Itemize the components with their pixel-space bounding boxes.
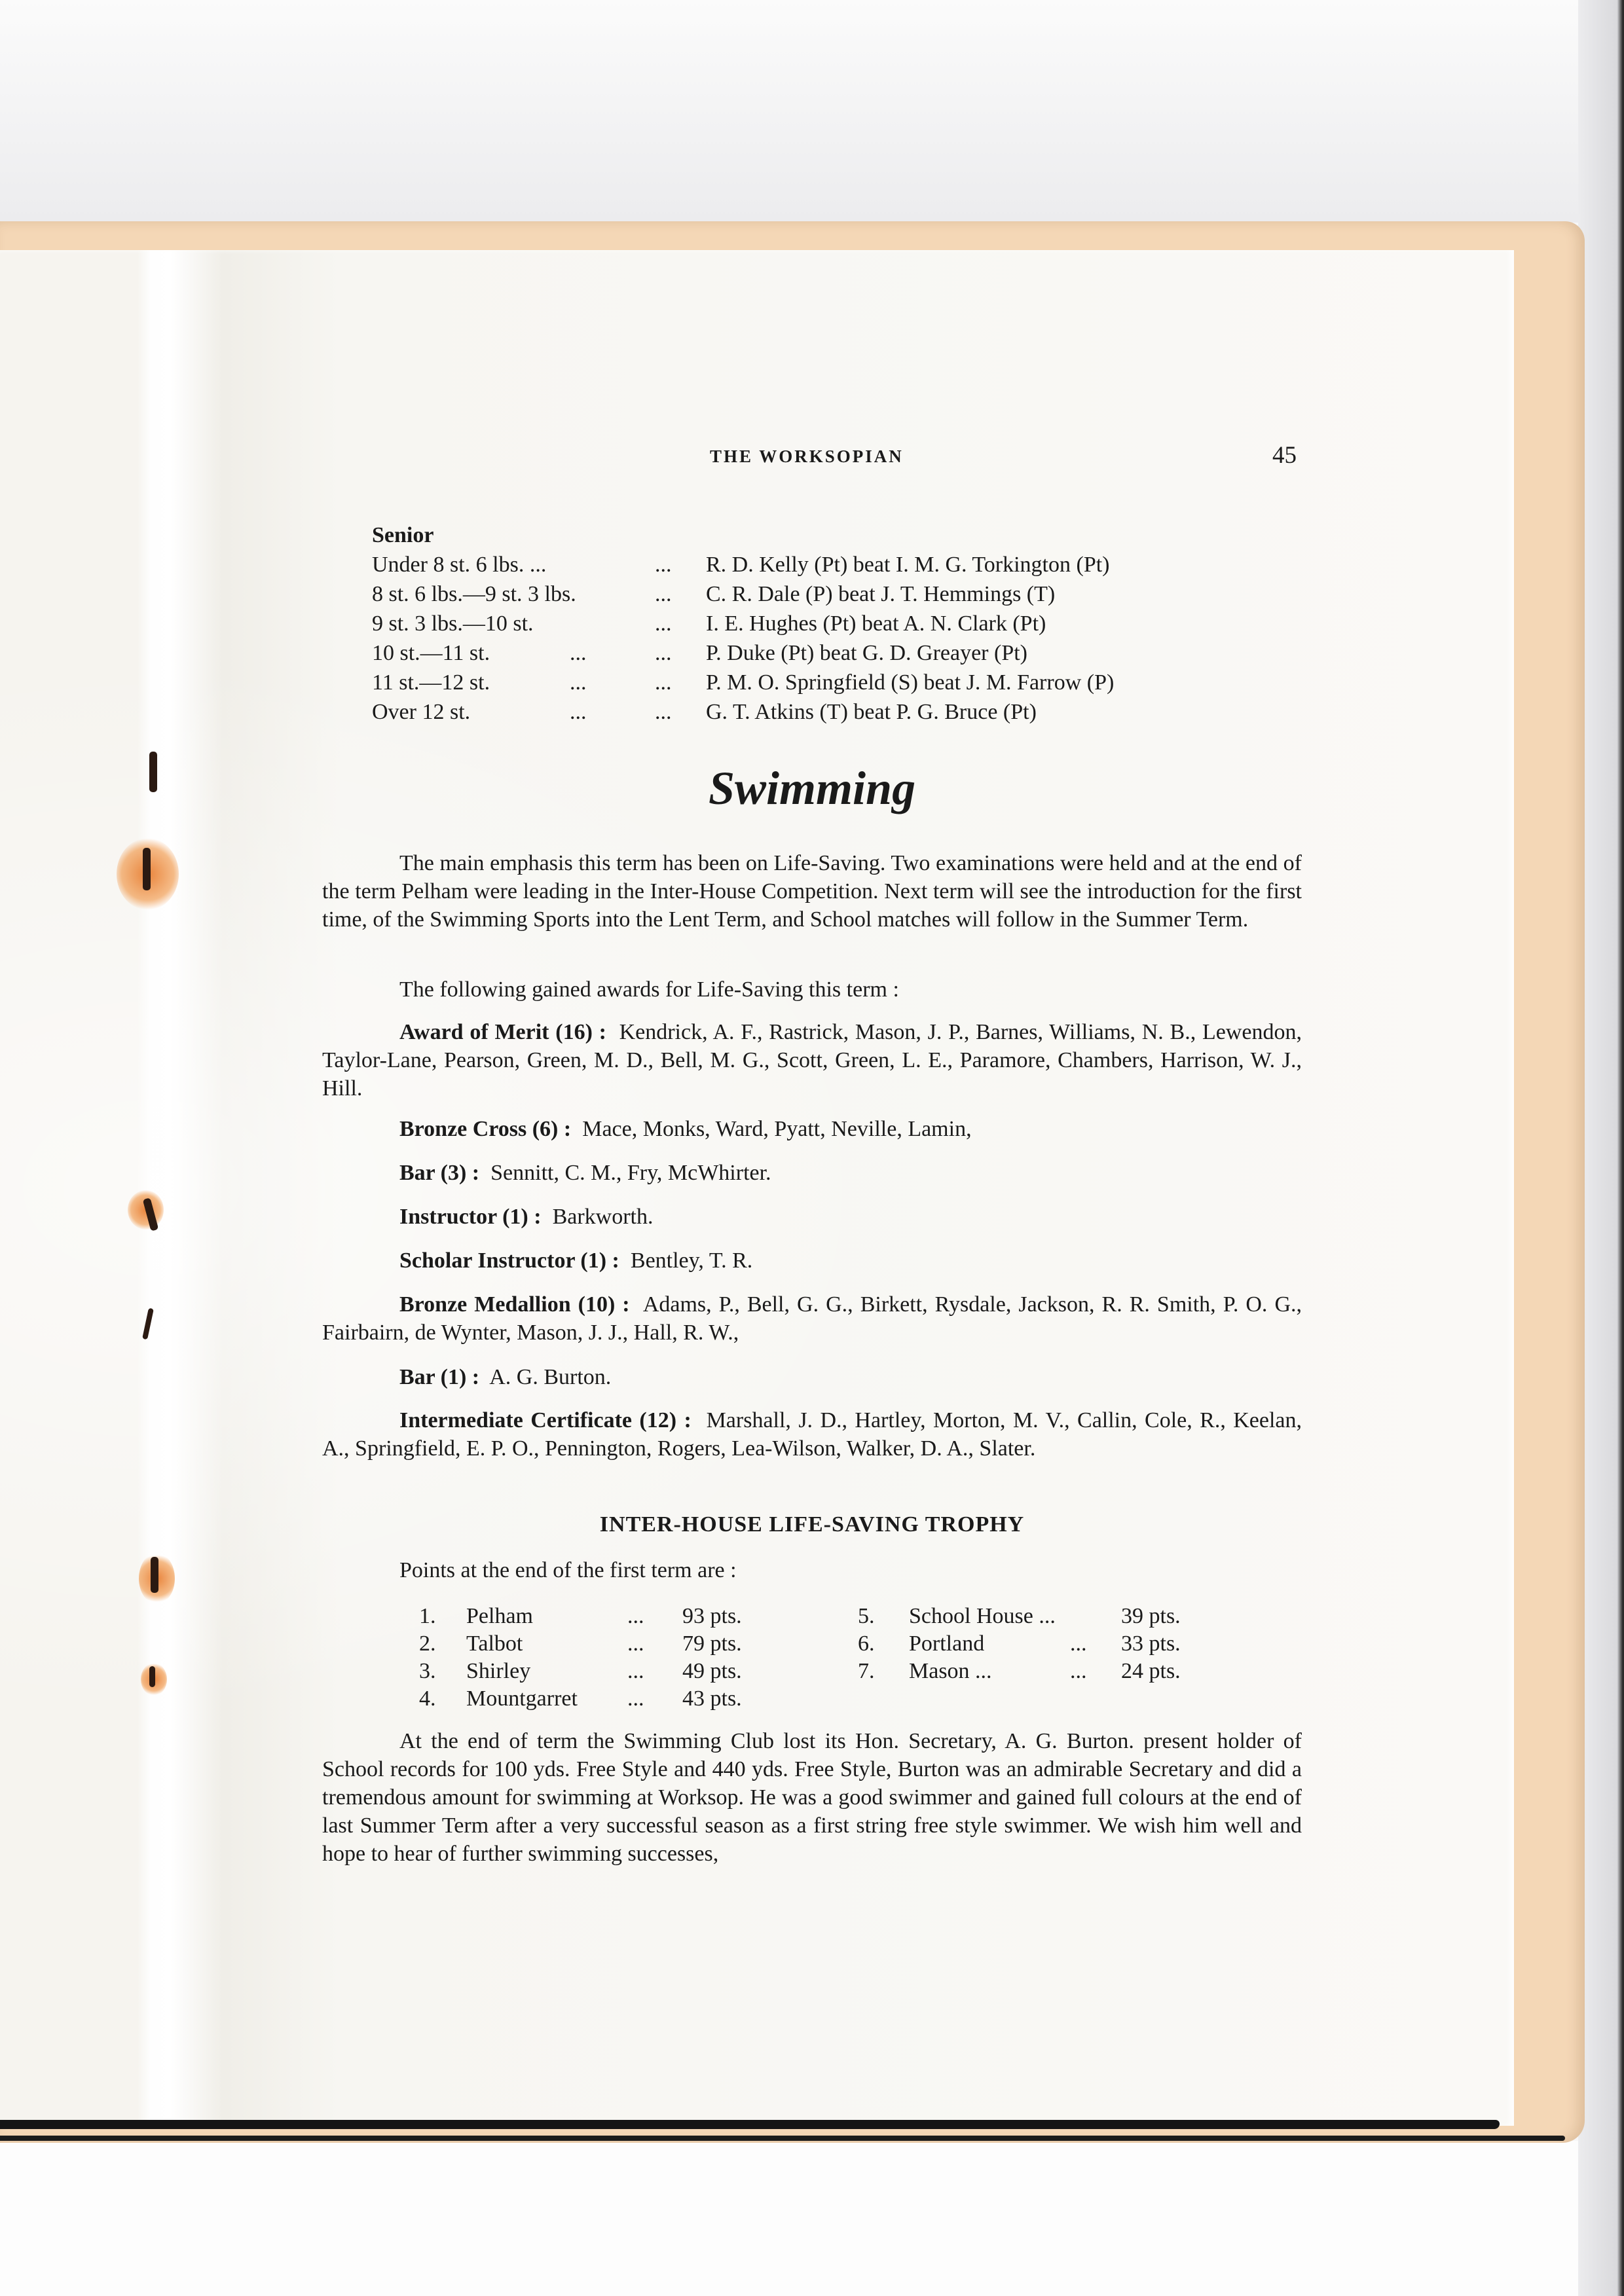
house-points: 24 pts. <box>1121 1658 1181 1685</box>
closing-paragraph: At the end of term the Swimming Club los… <box>322 1727 1302 1868</box>
leader-dots: ... <box>655 638 672 668</box>
result-row: 8 st. 6 lbs.—9 st. 3 lbs. ... C. R. Dale… <box>372 579 434 609</box>
cover-edge-shadow <box>0 2136 1565 2141</box>
award-entry: Intermediate Certificate (12) : Marshall… <box>322 1406 1302 1463</box>
rank: 3. <box>419 1658 436 1685</box>
house-name: Talbot <box>466 1630 523 1658</box>
standing-row: 5. School House ... 39 pts. <box>858 1603 1290 1630</box>
house-points: 43 pts. <box>682 1685 742 1713</box>
staple-mark <box>149 1666 155 1687</box>
bout-result: G. T. Atkins (T) beat P. G. Bruce (Pt) <box>706 697 1037 727</box>
weight-class: 9 st. 3 lbs.—10 st. <box>372 609 534 638</box>
page-edge-shadow <box>0 2120 1500 2129</box>
rank: 4. <box>419 1685 436 1713</box>
award-entry: Bronze Medallion (10) : Adams, P., Bell,… <box>322 1290 1302 1347</box>
rank: 2. <box>419 1630 436 1658</box>
house-points: 93 pts. <box>682 1603 742 1630</box>
staple-mark <box>151 1557 158 1593</box>
award-names: Bentley, T. R. <box>631 1248 752 1273</box>
standing-row: 2. Talbot ... 79 pts. <box>419 1630 838 1658</box>
rank: 1. <box>419 1603 436 1630</box>
leader-dots: ... <box>627 1685 644 1713</box>
award-entry: Bar (1) : A. G. Burton. <box>322 1363 1302 1391</box>
house-name: Mason ... <box>909 1658 992 1685</box>
standing-row: 4. Mountgarret ... 43 pts. <box>419 1685 838 1713</box>
page-number: 45 <box>1272 441 1297 469</box>
leader-dots: ... <box>655 609 672 638</box>
bout-result: C. R. Dale (P) beat J. T. Hemmings (T) <box>706 579 1055 609</box>
result-row: 10 st.—11 st. ... ... P. Duke (Pt) beat … <box>372 638 434 668</box>
bout-result: P. M. O. Springfield (S) beat J. M. Farr… <box>706 668 1114 697</box>
leader-dots: ... <box>1070 1658 1087 1685</box>
weight-class: 11 st.—12 st. <box>372 668 490 697</box>
standing-row: 7. Mason ... ... 24 pts. <box>858 1658 1290 1685</box>
leader-dots: ... <box>570 638 587 668</box>
intro-paragraph: The main emphasis this term has been on … <box>322 849 1302 934</box>
rank: 6. <box>858 1630 875 1658</box>
house-points: 33 pts. <box>1121 1630 1181 1658</box>
award-names: Sennitt, C. M., Fry, McWhirter. <box>490 1161 771 1185</box>
award-entry: Bar (3) : Sennitt, C. M., Fry, McWhirter… <box>322 1159 1302 1187</box>
leader-dots: ... <box>627 1658 644 1685</box>
points-intro: Points at the end of the first term are … <box>399 1558 737 1583</box>
staple-mark <box>143 848 151 890</box>
house-name: Shirley <box>466 1658 530 1685</box>
award-entry: Award of Merit (16) : Kendrick, A. F., R… <box>322 1018 1302 1102</box>
bout-result: P. Duke (Pt) beat G. D. Greayer (Pt) <box>706 638 1027 668</box>
weight-class: Over 12 st. <box>372 697 470 727</box>
rank: 7. <box>858 1658 875 1685</box>
running-header: THE WORKSOPIAN 45 <box>327 445 1297 471</box>
leader-dots: ... <box>627 1630 644 1658</box>
trophy-heading: INTER-HOUSE LIFE-SAVING TROPHY <box>0 1512 1624 1537</box>
result-row: Over 12 st. ... ... G. T. Atkins (T) bea… <box>372 697 434 727</box>
bout-result: I. E. Hughes (Pt) beat A. N. Clark (Pt) <box>706 609 1046 638</box>
house-points: 39 pts. <box>1121 1603 1181 1630</box>
leader-dots: ... <box>1070 1630 1087 1658</box>
standing-row: 1. Pelham ... 93 pts. <box>419 1603 838 1630</box>
award-label: Instructor (1) : <box>399 1205 542 1229</box>
weight-class: Under 8 st. 6 lbs. ... <box>372 550 546 579</box>
rank: 5. <box>858 1603 875 1630</box>
awards-intro-text: The following gained awards for Life-Sav… <box>322 975 1302 1004</box>
standing-row: 6. Portland ... 33 pts. <box>858 1630 1290 1658</box>
award-label: Bronze Medallion (10) : <box>399 1292 630 1317</box>
award-names: Barkworth. <box>553 1205 654 1229</box>
award-label: Bar (1) : <box>399 1365 479 1389</box>
senior-heading: Senior <box>372 520 434 550</box>
standing-row: 3. Shirley ... 49 pts. <box>419 1658 838 1685</box>
leader-dots: ... <box>570 668 587 697</box>
section-title: Swimming <box>0 761 1624 816</box>
scanner-edge <box>1578 0 1624 2296</box>
award-label: Intermediate Certificate (12) : <box>399 1408 692 1432</box>
standings-column-left: 1. Pelham ... 93 pts. 2. Talbot ... 79 p… <box>419 1603 838 1713</box>
leader-dots: ... <box>570 697 587 727</box>
scanner-background-bottom <box>0 2141 1624 2296</box>
house-name: Pelham <box>466 1603 533 1630</box>
intro-text: The main emphasis this term has been on … <box>322 849 1302 934</box>
senior-results: Senior Under 8 st. 6 lbs. ... ... R. D. … <box>372 520 434 727</box>
result-row: 9 st. 3 lbs.—10 st. ... I. E. Hughes (Pt… <box>372 609 434 638</box>
scanner-background-top <box>0 0 1624 223</box>
award-entry: Instructor (1) : Barkworth. <box>322 1203 1302 1231</box>
house-points: 49 pts. <box>682 1658 742 1685</box>
leader-dots: ... <box>655 579 672 609</box>
house-name: School House ... <box>909 1603 1056 1630</box>
leader-dots: ... <box>655 550 672 579</box>
award-entry: Scholar Instructor (1) : Bentley, T. R. <box>322 1247 1302 1275</box>
award-entry: Bronze Cross (6) : Mace, Monks, Ward, Py… <box>322 1115 1302 1143</box>
closing-text: At the end of term the Swimming Club los… <box>322 1727 1302 1868</box>
award-label: Bronze Cross (6) : <box>399 1117 571 1141</box>
leader-dots: ... <box>655 697 672 727</box>
result-row: 11 st.—12 st. ... ... P. M. O. Springfie… <box>372 668 434 697</box>
bout-result: R. D. Kelly (Pt) beat I. M. G. Torkingto… <box>706 550 1110 579</box>
house-name: Portland <box>909 1630 984 1658</box>
awards-intro: The following gained awards for Life-Sav… <box>322 975 1302 1004</box>
award-label: Award of Merit (16) : <box>399 1020 606 1044</box>
result-row: Under 8 st. 6 lbs. ... ... R. D. Kelly (… <box>372 550 434 579</box>
running-title: THE WORKSOPIAN <box>710 446 904 467</box>
weight-class: 8 st. 6 lbs.—9 st. 3 lbs. <box>372 579 576 609</box>
standings-column-right: 5. School House ... 39 pts. 6. Portland … <box>858 1603 1290 1685</box>
leader-dots: ... <box>627 1603 644 1630</box>
house-name: Mountgarret <box>466 1685 578 1713</box>
house-points: 79 pts. <box>682 1630 742 1658</box>
leader-dots: ... <box>655 668 672 697</box>
weight-class: 10 st.—11 st. <box>372 638 490 668</box>
award-names: A. G. Burton. <box>489 1365 611 1389</box>
award-label: Bar (3) : <box>399 1161 479 1185</box>
award-label: Scholar Instructor (1) : <box>399 1248 619 1273</box>
award-names: Mace, Monks, Ward, Pyatt, Neville, Lamin… <box>582 1117 971 1141</box>
